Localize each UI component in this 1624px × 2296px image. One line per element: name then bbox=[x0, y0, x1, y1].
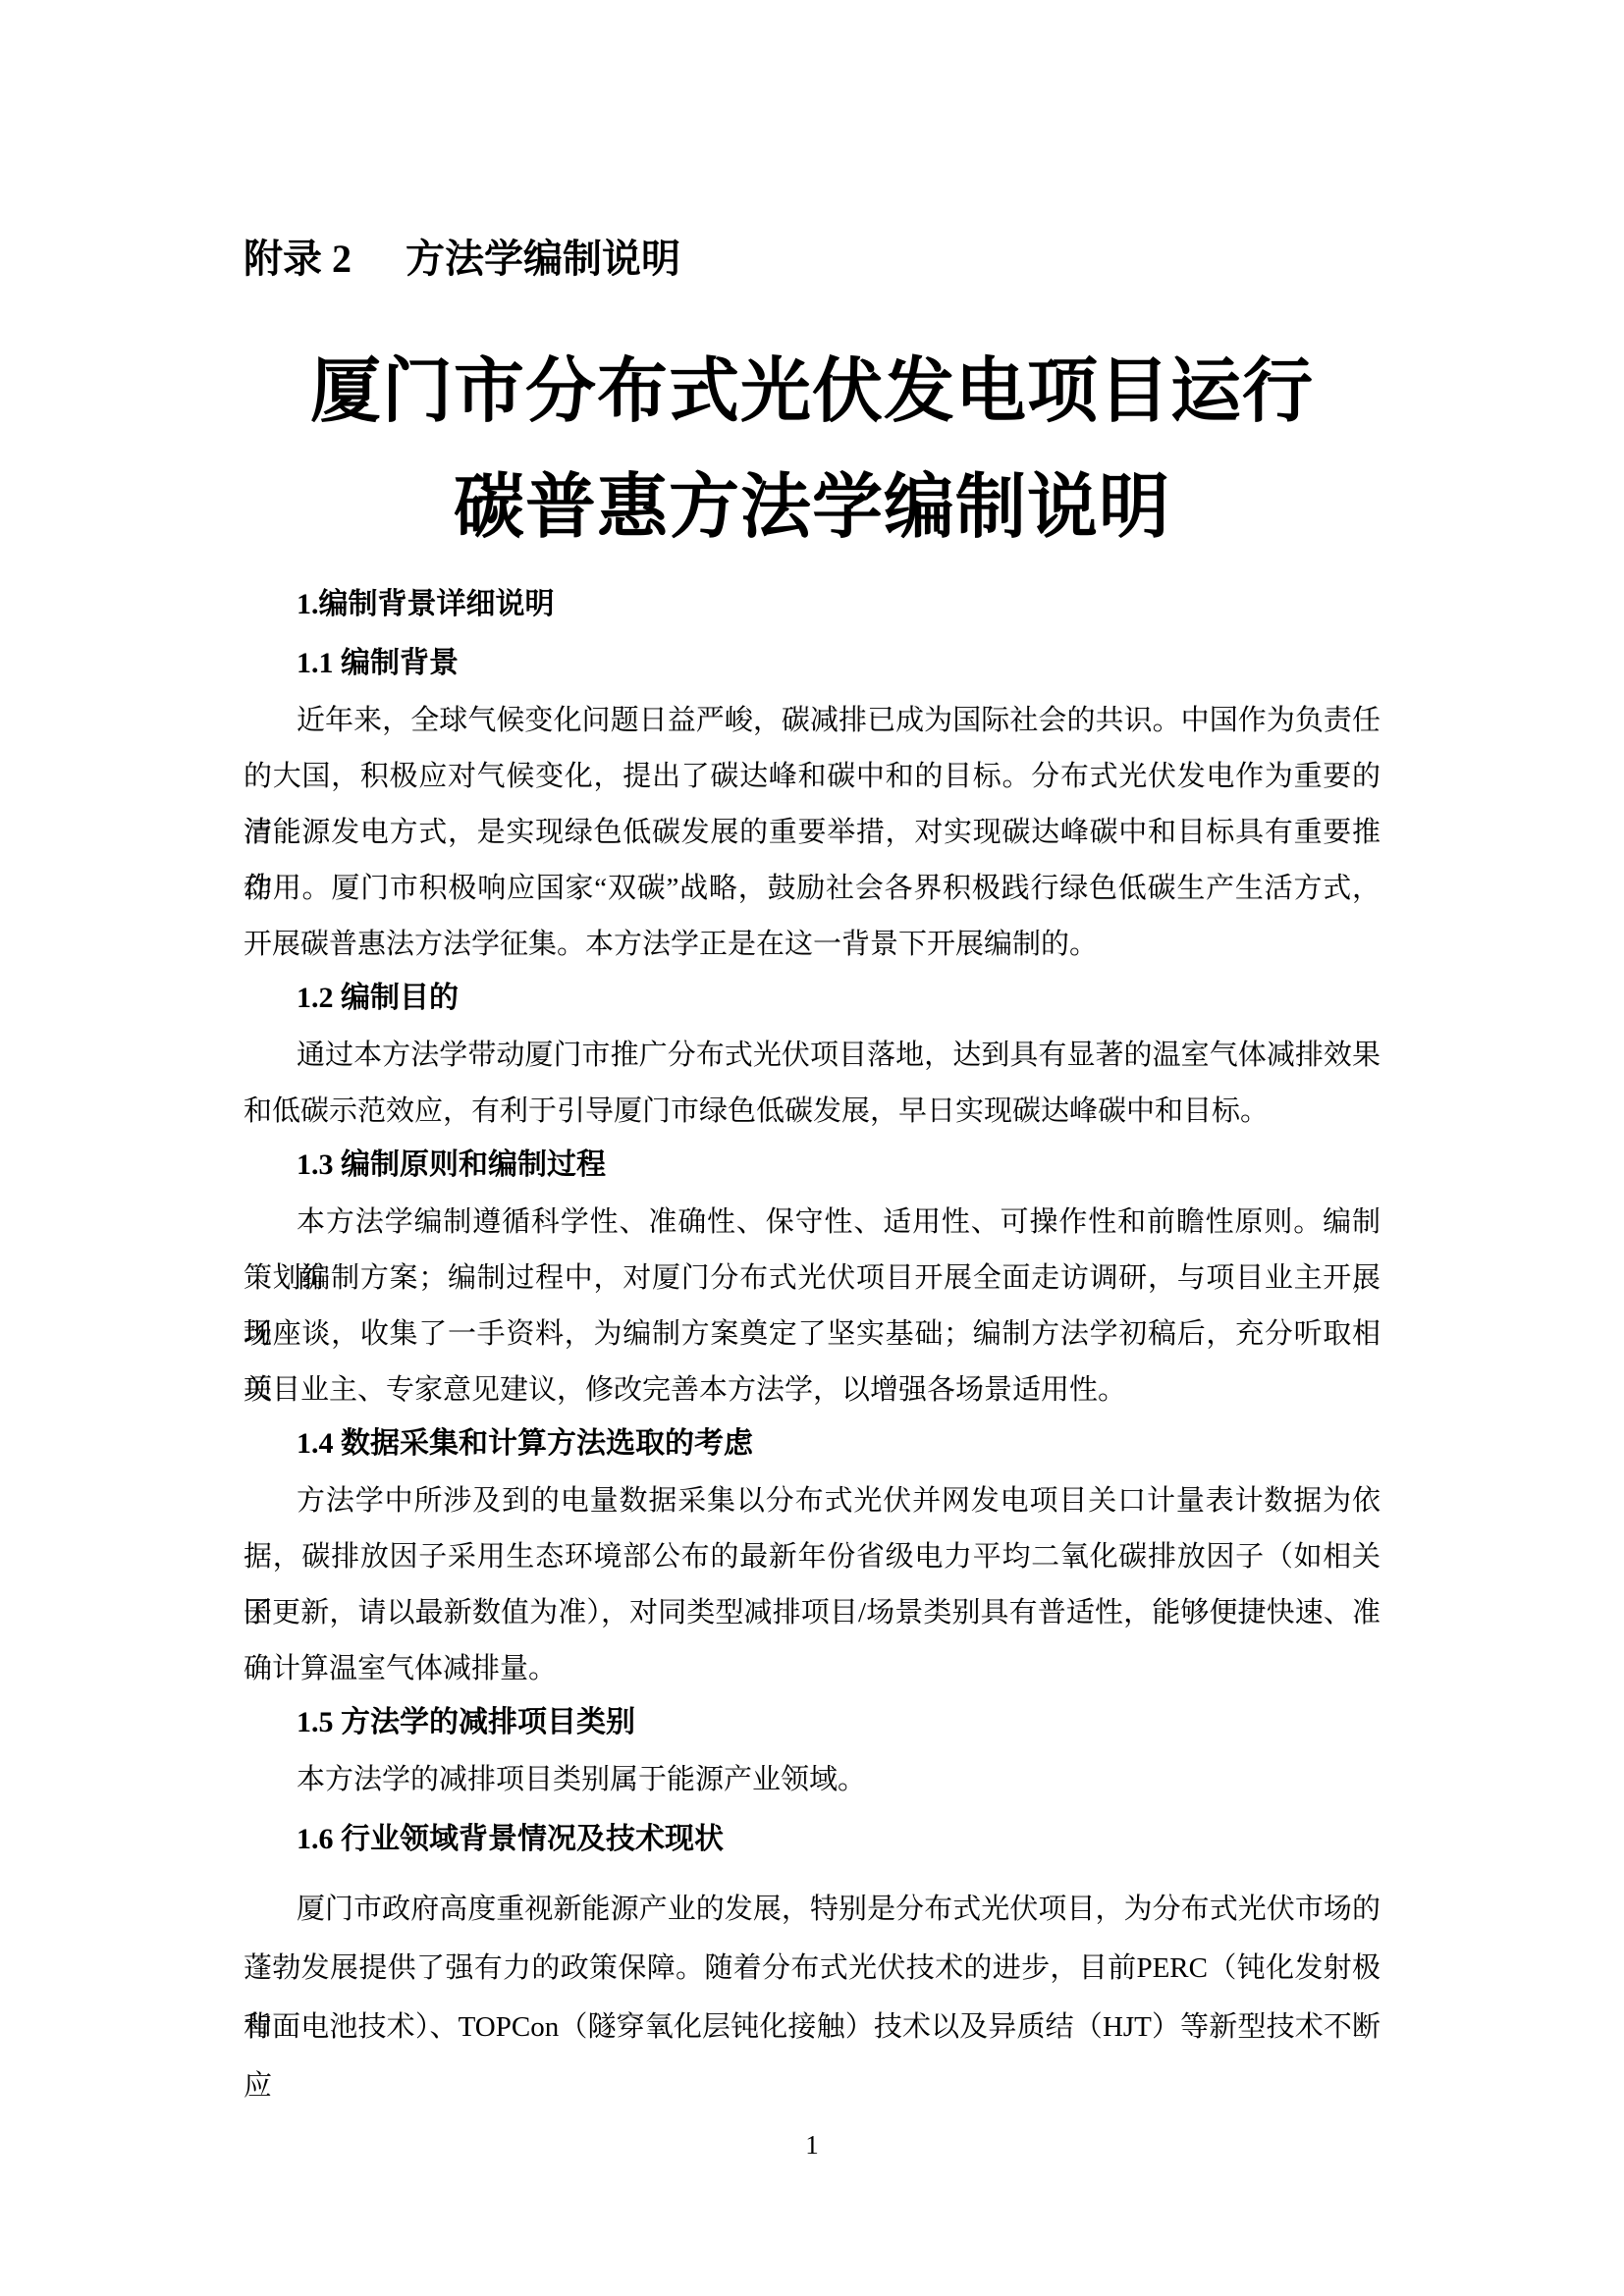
paragraph-line: 厦门市政府高度重视新能源产业的发展，特别是分布式光伏项目，为分布式光伏市场的 bbox=[244, 1880, 1380, 1939]
paragraph-line: 的大国，积极应对气候变化，提出了碳达峰和碳中和的目标。分布式光伏发电作为重要的清 bbox=[244, 749, 1380, 805]
paragraph-line: 本方法学编制遵循科学性、准确性、保守性、适用性、可操作性和前瞻性原则。编制前， bbox=[244, 1195, 1380, 1251]
document-title-line2: 碳普惠方法学编制说明 bbox=[244, 450, 1380, 565]
paragraph-line: 确计算温室气体减排量。 bbox=[244, 1641, 1380, 1697]
section-1-4-heading: 1.4 数据采集和计算方法选取的考虑 bbox=[244, 1424, 1380, 1464]
document-title: 厦门市分布式光伏发电项目运行 碳普惠方法学编制说明 bbox=[244, 334, 1380, 565]
section-1-2: 1.2 编制目的 通过本方法学带动厦门市推广分布式光伏项目落地，达到具有显著的温… bbox=[244, 979, 1380, 1140]
section-1-5-paragraph: 本方法学的减排项目类别属于能源产业领域。 bbox=[244, 1752, 1380, 1808]
page-content: 附录 2方法学编制说明 厦门市分布式光伏发电项目运行 碳普惠方法学编制说明 1.… bbox=[244, 0, 1380, 2056]
paragraph-line: 通过本方法学带动厦门市推广分布式光伏项目落地，达到具有显著的温室气体减排效果 bbox=[244, 1028, 1380, 1084]
paragraph-line: 策划编制方案；编制过程中，对厦门分布式光伏项目开展全面走访调研，与项目业主开展现 bbox=[244, 1251, 1380, 1307]
section-1-4: 1.4 数据采集和计算方法选取的考虑 方法学中所涉及到的电量数据采集以分布式光伏… bbox=[244, 1424, 1380, 1697]
section-1-1: 1.1 编制背景 近年来，全球气候变化问题日益严峻，碳减排已成为国际社会的共识。… bbox=[244, 644, 1380, 973]
section-1-6-heading: 1.6 行业领域背景情况及技术现状 bbox=[244, 1820, 1380, 1859]
paragraph-line: 本方法学的减排项目类别属于能源产业领域。 bbox=[244, 1752, 1380, 1808]
appendix-label: 附录 2 bbox=[244, 237, 352, 281]
paragraph-line: 近年来，全球气候变化问题日益严峻，碳减排已成为国际社会的共识。中国作为负责任 bbox=[244, 693, 1380, 749]
section-1-1-paragraph: 近年来，全球气候变化问题日益严峻，碳减排已成为国际社会的共识。中国作为负责任 的… bbox=[244, 693, 1380, 973]
paragraph-line: 背面电池技术）、TOPCon（隧穿氧化层钝化接触）技术以及异质结（HJT）等新型… bbox=[244, 1998, 1380, 2056]
appendix-title: 方法学编制说明 bbox=[406, 237, 680, 281]
document-page: 附录 2方法学编制说明 厦门市分布式光伏发电项目运行 碳普惠方法学编制说明 1.… bbox=[0, 0, 1624, 2296]
document-title-line1: 厦门市分布式光伏发电项目运行 bbox=[244, 334, 1380, 450]
paragraph-line: 和低碳示范效应，有利于引导厦门市绿色低碳发展，早日实现碳达峰碳中和目标。 bbox=[244, 1084, 1380, 1140]
paragraph-line: 场座谈，收集了一手资料，为编制方案奠定了坚实基础；编制方法学初稿后，充分听取相关 bbox=[244, 1307, 1380, 1362]
section-1-1-heading: 1.1 编制背景 bbox=[244, 644, 1380, 683]
paragraph-line: 洁能源发电方式，是实现绿色低碳发展的重要举措，对实现碳达峰碳中和目标具有重要推动 bbox=[244, 805, 1380, 861]
paragraph-line: 子更新，请以最新数值为准），对同类型减排项目/场景类别具有普适性，能够便捷快速、… bbox=[244, 1585, 1380, 1641]
section-1-5-heading: 1.5 方法学的减排项目类别 bbox=[244, 1703, 1380, 1742]
section-1-heading: 1.编制背景详细说明 bbox=[244, 585, 1380, 624]
section-1-4-paragraph: 方法学中所涉及到的电量数据采集以分布式光伏并网发电项目关口计量表计数据为依 据，… bbox=[244, 1473, 1380, 1697]
section-1-3: 1.3 编制原则和编制过程 本方法学编制遵循科学性、准确性、保守性、适用性、可操… bbox=[244, 1146, 1380, 1418]
section-1-3-paragraph: 本方法学编制遵循科学性、准确性、保守性、适用性、可操作性和前瞻性原则。编制前， … bbox=[244, 1195, 1380, 1418]
appendix-heading: 附录 2方法学编制说明 bbox=[244, 234, 1380, 285]
page-number: 1 bbox=[0, 2128, 1624, 2162]
section-1-6-paragraph: 厦门市政府高度重视新能源产业的发展，特别是分布式光伏项目，为分布式光伏市场的 蓬… bbox=[244, 1880, 1380, 2056]
paragraph-line: 方法学中所涉及到的电量数据采集以分布式光伏并网发电项目关口计量表计数据为依 bbox=[244, 1473, 1380, 1529]
section-1: 1.编制背景详细说明 bbox=[244, 585, 1380, 624]
paragraph-line: 项目业主、专家意见建议，修改完善本方法学，以增强各场景适用性。 bbox=[244, 1362, 1380, 1418]
section-1-5: 1.5 方法学的减排项目类别 本方法学的减排项目类别属于能源产业领域。 bbox=[244, 1703, 1380, 1808]
section-1-2-paragraph: 通过本方法学带动厦门市推广分布式光伏项目落地，达到具有显著的温室气体减排效果 和… bbox=[244, 1028, 1380, 1140]
section-1-2-heading: 1.2 编制目的 bbox=[244, 979, 1380, 1018]
paragraph-line: 蓬勃发展提供了强有力的政策保障。随着分布式光伏技术的进步，目前PERC（钝化发射… bbox=[244, 1939, 1380, 1998]
paragraph-line: 据，碳排放因子采用生态环境部公布的最新年份省级电力平均二氧化碳排放因子（如相关因 bbox=[244, 1529, 1380, 1585]
section-1-3-heading: 1.3 编制原则和编制过程 bbox=[244, 1146, 1380, 1185]
paragraph-line: 作用。厦门市积极响应国家“双碳”战略，鼓励社会各界积极践行绿色低碳生产生活方式， bbox=[244, 861, 1380, 917]
section-1-6: 1.6 行业领域背景情况及技术现状 厦门市政府高度重视新能源产业的发展，特别是分… bbox=[244, 1820, 1380, 2056]
paragraph-line: 开展碳普惠法方法学征集。本方法学正是在这一背景下开展编制的。 bbox=[244, 917, 1380, 973]
